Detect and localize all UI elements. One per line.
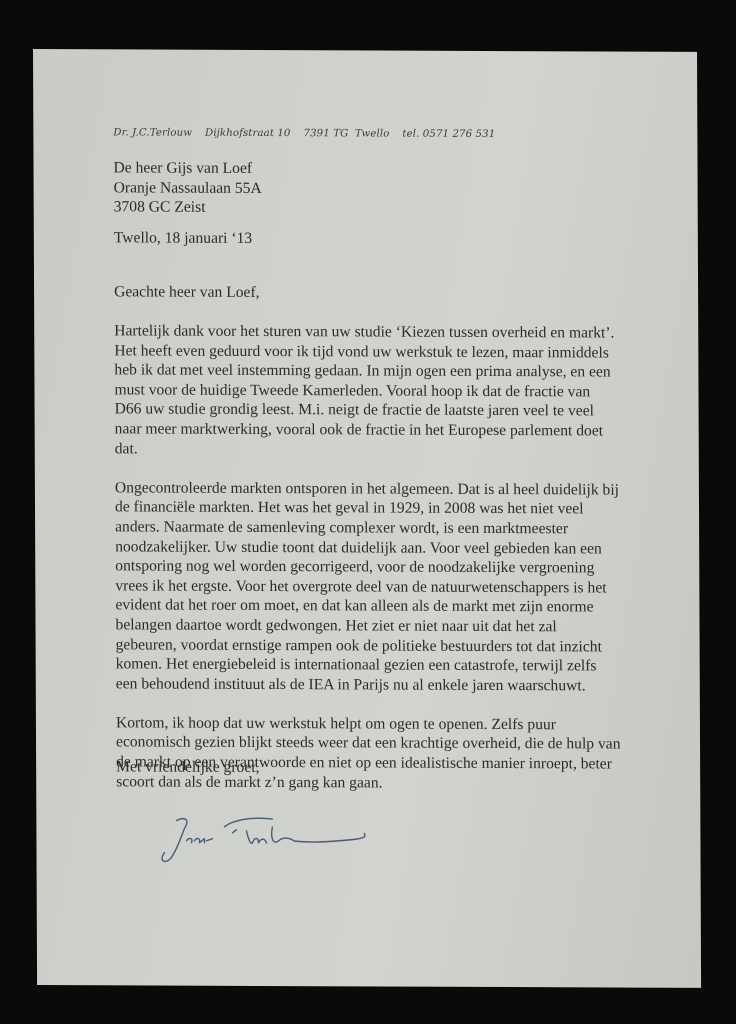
body-line: evident dat het roer om moet, en dat kan… <box>115 596 715 618</box>
signature-icon <box>154 803 414 874</box>
letter-paper: Dr. J.C.TerlouwDijkhofstraat 107391 TG T… <box>33 49 701 988</box>
sender-street: Dijkhofstraat 10 <box>205 128 291 139</box>
body-line: Kortom, ik hoop dat uw werkstuk helpt om… <box>116 713 716 735</box>
sender-name: Dr. J.C.Terlouw <box>113 127 192 138</box>
body-line: anders. Naarmate de samenleving complexe… <box>115 517 715 539</box>
sender-postal-city: 7391 TG Twello <box>303 128 389 139</box>
body-line: ontsporing nog wel worden gecorrigeerd, … <box>115 556 715 578</box>
sender-phone: tel. 0571 276 531 <box>402 129 495 140</box>
body-line: gebeuren, voordat ernstige rampen ook de… <box>116 635 716 657</box>
paragraph: Hartelijk dank voor het sturen van uw st… <box>114 321 715 461</box>
body-line: vrees ik het ergste. Voor het overgrote … <box>115 576 715 598</box>
body-line: Hartelijk dank voor het sturen van uw st… <box>114 321 714 343</box>
date-line: Twello, 18 januari ‘13 <box>114 228 252 248</box>
recipient-line: 3708 GC Zeist <box>114 198 262 218</box>
letter-body: Hartelijk dank voor het sturen van uw st… <box>114 321 716 813</box>
body-line: heb ik dat met veel instemming gedaan. I… <box>114 361 714 383</box>
body-line: naar meer marktwerking, vooral ook de fr… <box>115 419 715 441</box>
body-line: Het heeft even geduurd voor ik tijd vond… <box>114 341 714 363</box>
signature <box>154 803 414 879</box>
paragraph: Ongecontroleerde markten ontsporen in he… <box>115 478 716 696</box>
closing: Met vriendelijke groet, <box>116 757 259 777</box>
body-line: komen. Het energiebeleid is internationa… <box>116 654 716 676</box>
body-line: de financiële markten. Het was het geval… <box>115 498 715 520</box>
recipient-line: De heer Gijs van Loef <box>113 158 261 178</box>
recipient-address: De heer Gijs van Loef Oranje Nassaulaan … <box>113 158 261 217</box>
body-line: economisch gezien blijkt steeds weer dat… <box>116 733 716 755</box>
recipient-line: Oranje Nassaulaan 55A <box>114 178 262 198</box>
body-line: dat. <box>115 439 715 461</box>
body-line: must voor de huidige Tweede Kamerleden. … <box>114 380 714 402</box>
body-line: D66 uw studie grondig leest. M.i. neigt … <box>115 400 715 422</box>
salutation: Geachte heer van Loef, <box>114 282 260 302</box>
letterhead: Dr. J.C.TerlouwDijkhofstraat 107391 TG T… <box>113 127 508 140</box>
body-line: Ongecontroleerde markten ontsporen in he… <box>115 478 715 500</box>
body-line: noodzakelijker. Uw studie toont dat duid… <box>115 537 715 559</box>
paragraph: Kortom, ik hoop dat uw werkstuk helpt om… <box>116 713 716 794</box>
body-line: belangen daartoe wordt gedwongen. Het zi… <box>115 615 715 637</box>
body-line: een behoudend instituut als de IEA in Pa… <box>116 674 716 696</box>
